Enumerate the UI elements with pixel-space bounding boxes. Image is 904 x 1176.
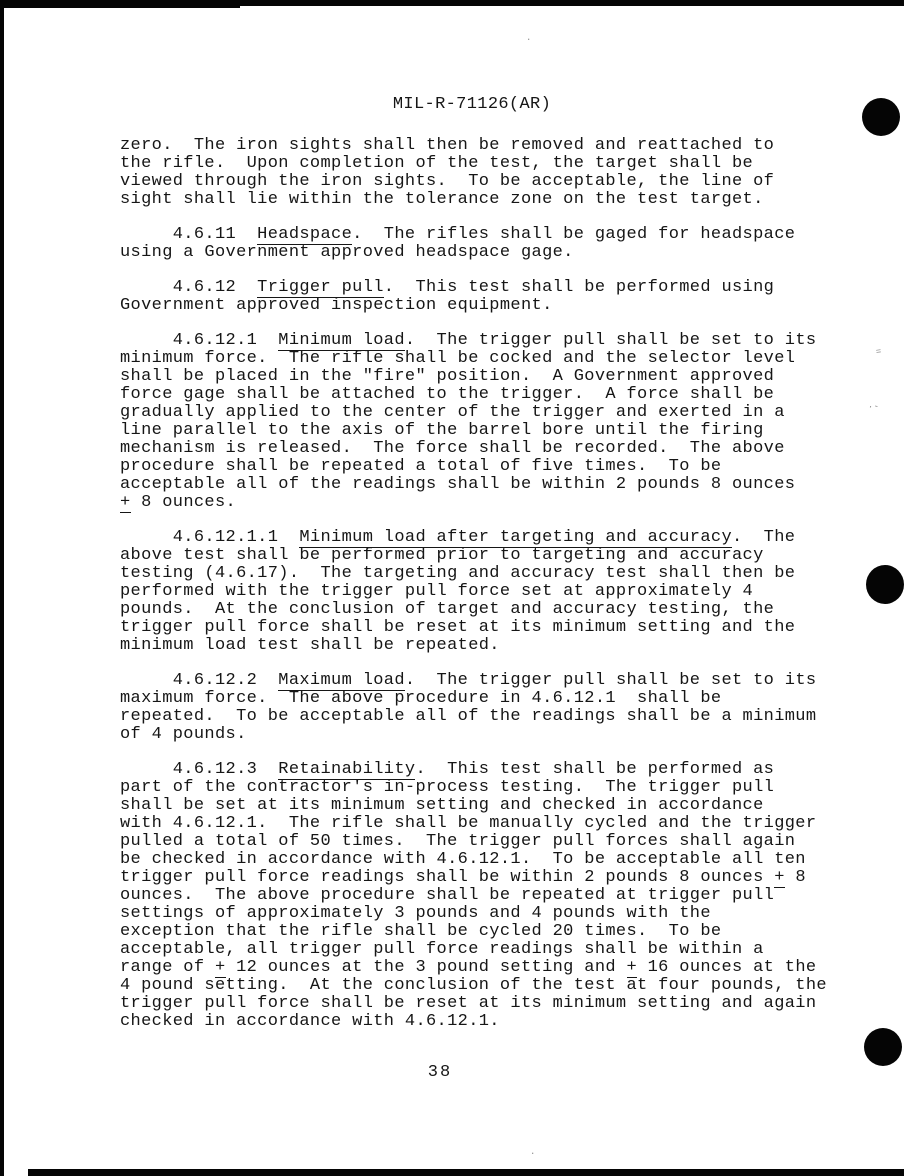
text-line: repeated. To be acceptable all of the re… xyxy=(120,708,860,726)
underlined-text: Minimum load xyxy=(278,331,405,351)
text-line: sight shall lie within the tolerance zon… xyxy=(120,191,860,209)
paragraph: zero. The iron sights shall then be remo… xyxy=(120,137,860,209)
text-line: using a Government approved headspace ga… xyxy=(120,244,860,262)
text-line: viewed through the iron sights. To be ac… xyxy=(120,173,860,191)
text-line: line parallel to the axis of the barrel … xyxy=(120,422,860,440)
scan-speck: = xyxy=(875,348,882,358)
paragraph: 4.6.12.1.1 Minimum load after targeting … xyxy=(120,529,860,655)
text-line: 4.6.12 Trigger pull. This test shall be … xyxy=(120,279,860,297)
text-line: force gage shall be attached to the trig… xyxy=(120,386,860,404)
underlined-text: Trigger pull xyxy=(257,278,384,298)
underlined-text: + xyxy=(120,493,131,513)
text-line: trigger pull force shall be reset at its… xyxy=(120,619,860,637)
text-line: the rifle. Upon completion of the test, … xyxy=(120,155,860,173)
text-line: checked in accordance with 4.6.12.1. xyxy=(120,1013,860,1031)
text-line: be checked in accordance with 4.6.12.1. … xyxy=(120,851,860,869)
text-line: 4.6.12.1.1 Minimum load after targeting … xyxy=(120,529,860,547)
paragraph: 4.6.12.1 Minimum load. The trigger pull … xyxy=(120,332,860,512)
text-line: above test shall be performed prior to t… xyxy=(120,547,860,565)
scan-edge-bottom xyxy=(28,1169,904,1176)
text-line: minimum force. The rifle shall be cocked… xyxy=(120,350,860,368)
underlined-text: + xyxy=(627,958,638,978)
scan-edge-left xyxy=(0,0,4,1176)
scan-edge-top xyxy=(0,6,240,8)
text-line: of 4 pounds. xyxy=(120,726,860,744)
hole-punch-mark xyxy=(862,98,900,136)
text-line: trigger pull force readings shall be wit… xyxy=(120,869,860,887)
text-line: 4.6.11 Headspace. The rifles shall be ga… xyxy=(120,226,860,244)
text-line: 4.6.12.1 Minimum load. The trigger pull … xyxy=(120,332,860,350)
underlined-text: + xyxy=(774,868,785,888)
text-line: + 8 ounces. xyxy=(120,494,860,512)
text-line: mechanism is released. The force shall b… xyxy=(120,440,860,458)
underlined-text: Maximum load xyxy=(278,671,405,691)
text-line: exception that the rifle shall be cycled… xyxy=(120,923,860,941)
underlined-text: + xyxy=(215,958,226,978)
scanned-document-page: MIL-R-71126(AR) zero. The iron sights sh… xyxy=(0,0,904,1176)
text-line: 4.6.12.2 Maximum load. The trigger pull … xyxy=(120,672,860,690)
paragraph: 4.6.12 Trigger pull. This test shall be … xyxy=(120,279,860,315)
underlined-text: Headspace xyxy=(257,225,352,245)
paragraph: 4.6.12.3 Retainability. This test shall … xyxy=(120,761,860,1031)
text-line: acceptable, all trigger pull force readi… xyxy=(120,941,860,959)
paragraph: 4.6.12.2 Maximum load. The trigger pull … xyxy=(120,672,860,744)
document-id-header: MIL-R-71126(AR) xyxy=(120,96,824,114)
underlined-text: Retainability xyxy=(278,760,415,780)
text-line: pounds. At the conclusion of target and … xyxy=(120,601,860,619)
text-line: 4 pound setting. At the conclusion of th… xyxy=(120,977,860,995)
paragraph: 4.6.11 Headspace. The rifles shall be ga… xyxy=(120,226,860,262)
text-line: maximum force. The above procedure in 4.… xyxy=(120,690,860,708)
text-line: 4.6.12.3 Retainability. This test shall … xyxy=(120,761,860,779)
text-line: with 4.6.12.1. The rifle shall be manual… xyxy=(120,815,860,833)
text-line: shall be set at its minimum setting and … xyxy=(120,797,860,815)
text-line: acceptable all of the readings shall be … xyxy=(120,476,860,494)
hole-punch-mark xyxy=(866,565,904,604)
text-line: shall be placed in the "fire" position. … xyxy=(120,368,860,386)
hole-punch-mark xyxy=(864,1028,902,1066)
text-line: minimum load test shall be repeated. xyxy=(120,637,860,655)
text-line: pulled a total of 50 times. The trigger … xyxy=(120,833,860,851)
underlined-text: Minimum load after targeting and accurac… xyxy=(299,528,732,548)
text-line: Government approved inspection equipment… xyxy=(120,297,860,315)
text-line: testing (4.6.17). The targeting and accu… xyxy=(120,565,860,583)
text-line: gradually applied to the center of the t… xyxy=(120,404,860,422)
text-line: trigger pull force shall be reset at its… xyxy=(120,995,860,1013)
page-number: 38 xyxy=(120,1064,760,1082)
scan-speck: . xyxy=(530,1148,535,1157)
scan-speck: .- xyxy=(867,401,879,412)
text-line: range of + 12 ounces at the 3 pound sett… xyxy=(120,959,860,977)
document-body: zero. The iron sights shall then be remo… xyxy=(120,137,860,1048)
text-line: settings of approximately 3 pounds and 4… xyxy=(120,905,860,923)
scan-speck: . xyxy=(526,34,531,43)
text-line: ounces. The above procedure shall be rep… xyxy=(120,887,860,905)
text-line: zero. The iron sights shall then be remo… xyxy=(120,137,860,155)
text-line: procedure shall be repeated a total of f… xyxy=(120,458,860,476)
text-line: part of the contractor's in-process test… xyxy=(120,779,860,797)
text-line: performed with the trigger pull force se… xyxy=(120,583,860,601)
